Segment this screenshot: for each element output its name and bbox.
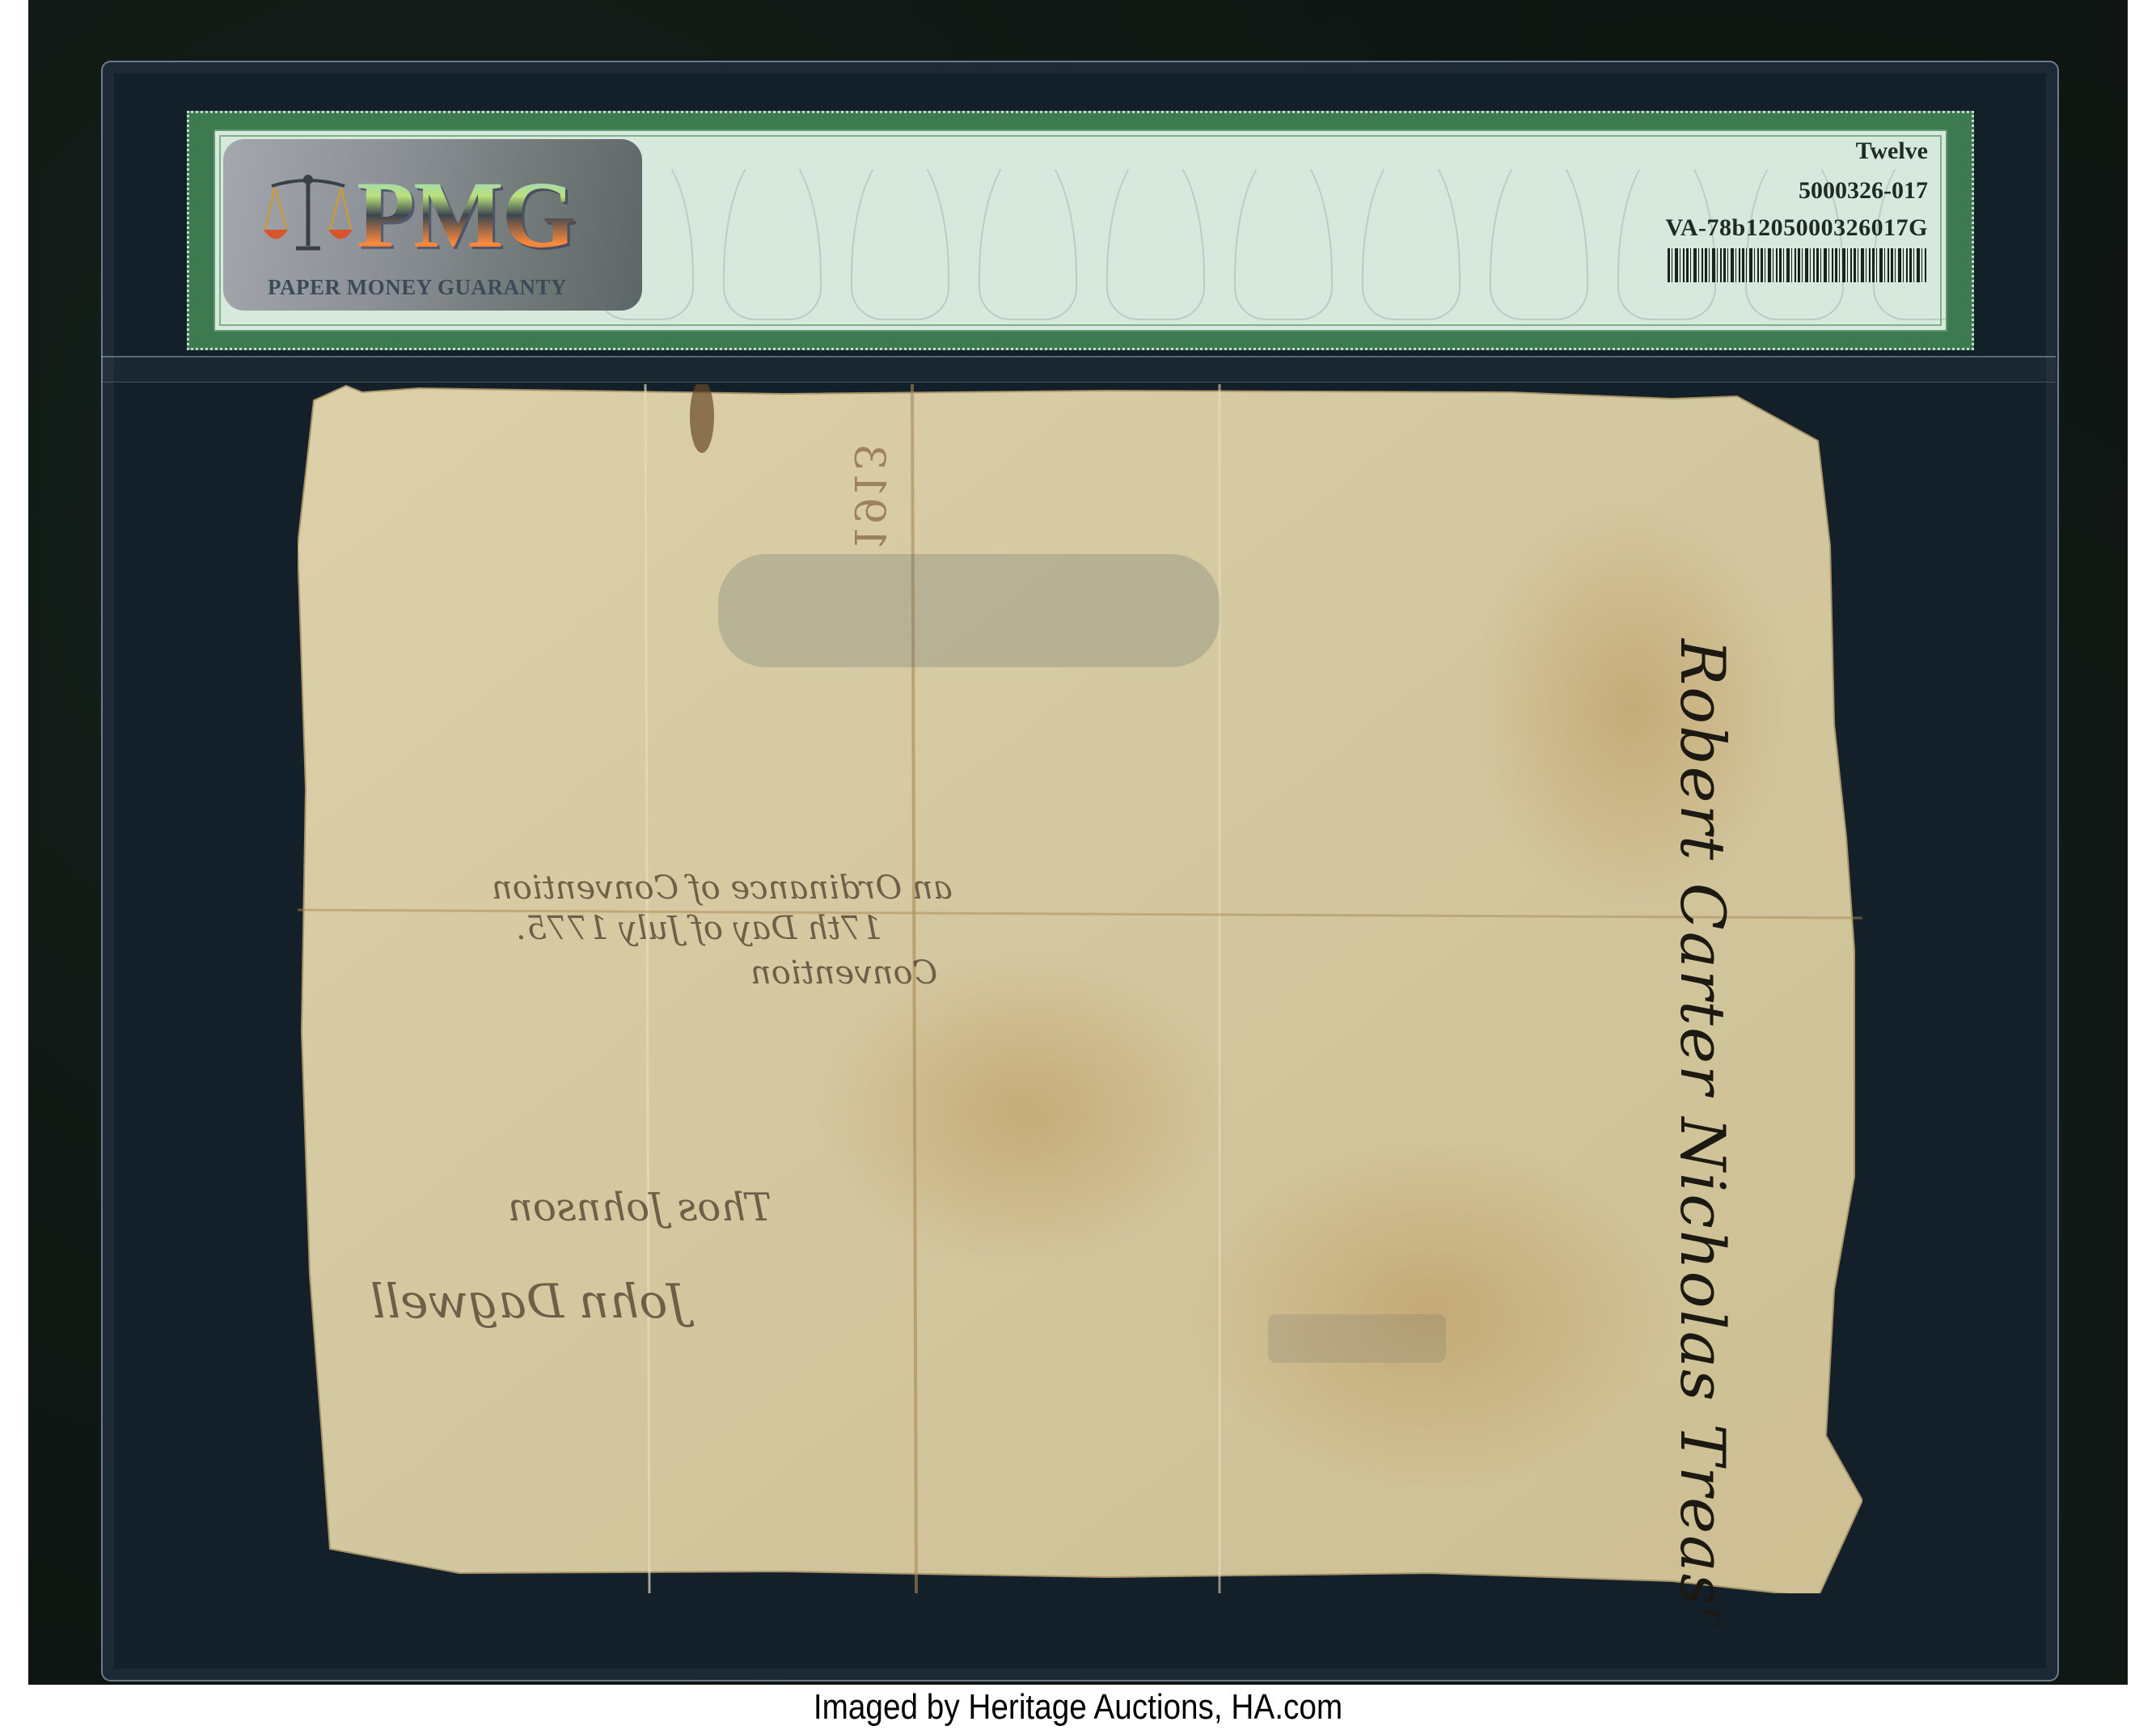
- ghost-serial: 1913: [844, 444, 893, 551]
- grade-text: Twelve: [1856, 137, 1928, 165]
- sku-code: VA-78b1205000326017G: [1666, 214, 1928, 242]
- ghost-text-line-2: 17th Day of July 1775.: [516, 910, 882, 947]
- banknote-back: 1913 an Ordinance of Convention 17th Day…: [298, 384, 1862, 1593]
- treasurer-signature: Robert Carter Nicholas Treasʳ: [1667, 639, 1739, 1630]
- ghost-signature-1: Thos Johnson: [508, 1185, 772, 1230]
- label-inner: PMG PAPER MONEY GUARANTY Twelve 5000326-…: [213, 129, 1947, 332]
- ghost-text-line-1: an Ordinance of Convention: [492, 869, 953, 907]
- pmg-label: PMG PAPER MONEY GUARANTY Twelve 5000326-…: [187, 111, 1974, 350]
- barcode: [1668, 248, 1928, 282]
- treasurer-signature-area: Robert Carter Nicholas Treasʳ: [1650, 639, 1747, 1448]
- ghost-signature-2: John Dagwell: [370, 1274, 687, 1329]
- cert-number: 5000326-017: [1799, 177, 1928, 205]
- image-credit-caption: Imaged by Heritage Auctions, HA.com: [129, 1685, 2027, 1730]
- ghost-text-line-3: Convention: [750, 954, 937, 992]
- pmg-hologram: PMG PAPER MONEY GUARANTY: [223, 139, 642, 311]
- pmg-logo-text: PMG: [357, 167, 574, 263]
- holder-seam: [101, 356, 2056, 383]
- pmg-full-name: PAPER MONEY GUARANTY: [268, 275, 567, 300]
- scales-of-justice-icon: [264, 171, 353, 256]
